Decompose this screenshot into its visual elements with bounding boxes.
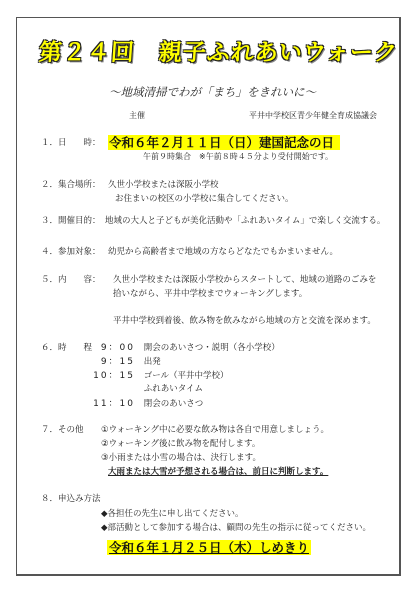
schedule-time: 11：10 xyxy=(91,396,135,409)
section-4-text: 幼児から高齢者まで地域の方ならどなたでもかまいません。 xyxy=(108,245,338,257)
section-5-label: ５．内 容： xyxy=(41,273,101,285)
section-3-text: 地域の大人と子どもが美化活動や「ふれあいタイム」で楽しく交流する。 xyxy=(105,214,385,226)
section-5-line3: 平井中学校到着後、飲み物を飲みながら地域の方と交流を深めます。 xyxy=(113,314,376,326)
flyer-title: 第２４回 親子ふれあいウォーク xyxy=(38,34,399,67)
section-4-label: ４．参加対象： xyxy=(41,245,101,257)
section-7-emphasis: 大雨または大雪が予想される場合は、前日に判断します。 xyxy=(108,465,328,477)
schedule-event: 閉会のあいさつ xyxy=(144,399,204,409)
section-7-item: ①ウォーキング中に必要な飲み物は各自で用意しましょう。 xyxy=(101,423,329,435)
deadline: 令和６年１月２５日（木）しめきり xyxy=(107,537,311,556)
deadline-highlight: 令和６年１月２５日（木）しめきり xyxy=(107,540,311,555)
organizer-label: 主催 xyxy=(129,110,145,121)
schedule-row: 9：15 出発 xyxy=(91,354,161,367)
section-8-item: ◆部活動として参加する場合は、顧問の先生の指示に従ってください。 xyxy=(101,521,371,533)
section-2-line1: 久世小学校または深阪小学校 xyxy=(108,178,219,190)
schedule-row: 11：10 閉会のあいさつ xyxy=(91,396,203,409)
section-7-item: ②ウォーキング後に飲み物を配付します。 xyxy=(101,437,260,449)
event-date-highlight: 令和６年２月１１日（日）建国記念の日 xyxy=(108,135,340,150)
schedule-row: 9：00 開会のあいさつ・説明（各小学校） xyxy=(91,340,280,353)
section-7-item: ③小雨または小雪の場合は、決行します。 xyxy=(101,451,261,463)
schedule-row: 10：15 ゴール（平井中学校） xyxy=(91,368,229,381)
section-8-label: ８．申込み方法 xyxy=(41,492,101,504)
section-7-label: ７．その他 xyxy=(41,423,84,435)
section-6-label: ６．時 程 xyxy=(41,341,92,353)
section-1-note: 午前９時集合 ※午前８時４５分より受付開始です。 xyxy=(143,151,333,162)
schedule-event: ふれあいタイム xyxy=(144,384,203,394)
flyer-page: 第２４回 親子ふれあいウォーク ～地域清掃でわが「まち」をきれいに～ 主催 平井… xyxy=(16,17,401,576)
section-3-label: ３．開催目的： xyxy=(41,214,101,226)
schedule-time: 9：00 xyxy=(91,340,135,353)
section-8-item: ◆各担任の先生に申し出てください。 xyxy=(101,507,244,519)
schedule-event: 出発 xyxy=(144,357,161,367)
section-1-date: 令和６年２月１１日（日）建国記念の日 xyxy=(108,132,340,151)
schedule-row: ふれあいタイム xyxy=(91,382,203,394)
schedule-time: 10：15 xyxy=(91,368,135,381)
schedule-event: 開会のあいさつ・説明（各小学校） xyxy=(144,343,280,353)
schedule-event: ゴール（平井中学校） xyxy=(144,371,229,381)
schedule-time: 9：15 xyxy=(91,354,135,367)
flyer-subtitle: ～地域清掃でわが「まち」をきれいに～ xyxy=(109,84,316,100)
section-2-line2: お住まいの校区の小学校に集合してください。 xyxy=(115,192,294,204)
section-2-label: ２．集合場所： xyxy=(41,178,101,190)
section-1-label: １．日 時： xyxy=(41,136,101,148)
organizer-name: 平井中学校区青少年健全育成協議会 xyxy=(249,110,377,121)
section-5-line2: 拾いながら、平井中学校までウォーキングします。 xyxy=(113,287,307,299)
section-5-line1: 久世小学校または深阪小学校からスタートして、地域の道路のごみを xyxy=(113,273,376,285)
